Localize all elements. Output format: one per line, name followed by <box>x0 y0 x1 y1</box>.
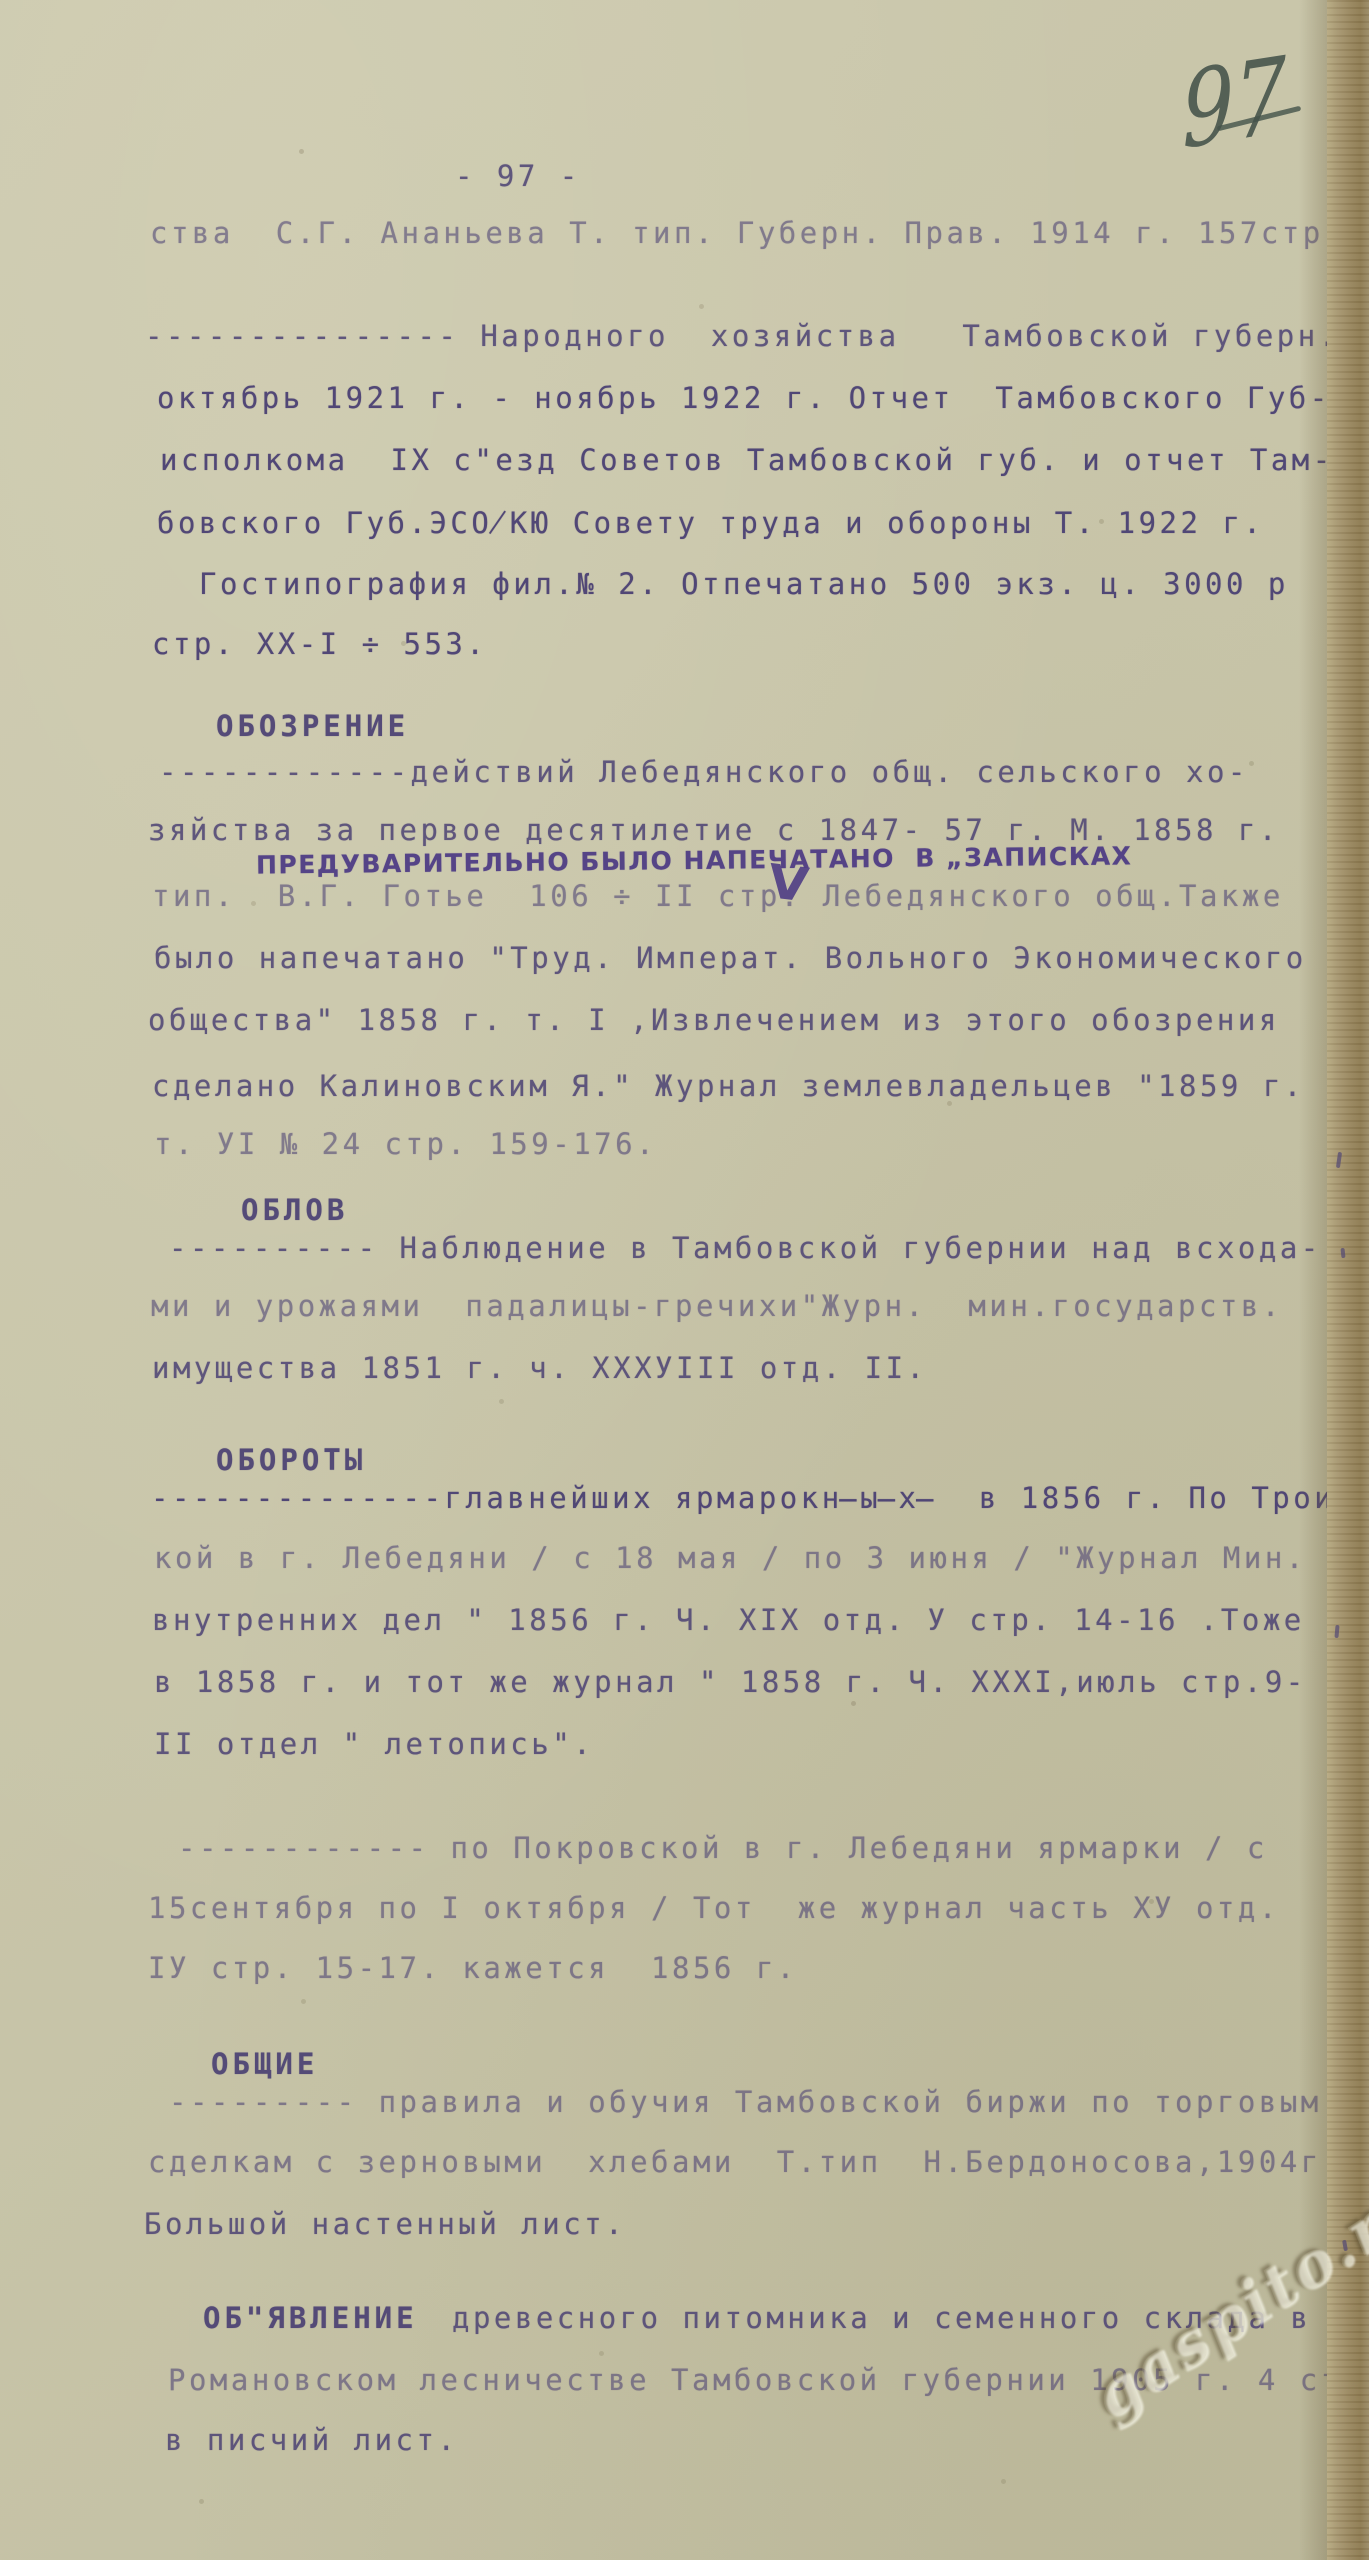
typed-line: ОБЩИЕ <box>211 2046 318 2083</box>
typed-line: --------------главнейших ярмарокн̶ы̶х̶ в… <box>151 1480 1369 1517</box>
typed-line: --------- правила и обучия Тамбовской би… <box>169 2084 1322 2121</box>
typed-line: --------------- Народного хозяйства Тамб… <box>145 318 1340 355</box>
typed-line: ства С.Г. Ананьева Т. тип. Губерн. Прав.… <box>150 215 1345 252</box>
typed-line: кой в г. Лебедяни / с 18 мая / по 3 июня… <box>154 1540 1307 1577</box>
typed-line: исполкома IX с"езд Советов Тамбовской гу… <box>160 442 1334 479</box>
typed-line: зяйства за первое десятилетие с 1847- 57… <box>148 812 1280 849</box>
typed-line: общества" 1858 г. т. I ,Извлечением из э… <box>148 1002 1280 1039</box>
typed-line: имущества 1851 г. ч. ХХХУІІІ отд. ІІ. <box>152 1350 928 1387</box>
scanned-document-page: - 97 -ства С.Г. Ананьева Т. тип. Губерн.… <box>0 0 1369 2560</box>
typed-line: II отдел " летопись". <box>154 1726 594 1763</box>
typed-line: сделано Калиновским Я." Журнал землевлад… <box>152 1068 1305 1105</box>
typed-line: ------------действий Лебедянского общ. с… <box>159 754 1249 791</box>
typed-line: Большой настенный лист. <box>144 2206 626 2243</box>
typed-line: внутренних дел " 1856 г. Ч. XIX отд. У с… <box>152 1602 1305 1639</box>
typed-line: ОБОЗРЕНИЕ <box>216 708 409 745</box>
typed-line: в писчий лист. <box>165 2422 458 2459</box>
typed-line: 15сентября по I октября / Тот же журнал … <box>148 1890 1280 1927</box>
typed-line: ---------- Наблюдение в Тамбовской губер… <box>169 1230 1322 1267</box>
typed-line: т. УІ № 24 стр. 159-176. <box>154 1126 657 1163</box>
book-edge-strip <box>1327 0 1369 2560</box>
typed-line: октябрь 1921 г. - ноябрь 1922 г. Отчет Т… <box>157 380 1331 417</box>
typed-line: Гостипография фил.№ 2. Отпечатано 500 эк… <box>199 566 1289 603</box>
typed-line: ми и урожаями падалицы-гречихи"Журн. мин… <box>151 1288 1283 1325</box>
typed-text-layer: - 97 -ства С.Г. Ананьева Т. тип. Губерн.… <box>0 0 1369 2560</box>
typed-line: в 1858 г. и тот же журнал " 1858 г. Ч. Х… <box>154 1664 1307 1701</box>
typed-line: сделкам с зерновыми хлебами Т.тип Н.Берд… <box>148 2144 1322 2181</box>
typed-line: стр. ХХ-I ÷ 553. <box>152 626 487 663</box>
typed-line: было напечатано "Труд. Императ. Вольного… <box>154 940 1307 977</box>
typed-line: ОБОРОТЫ <box>216 1442 366 1479</box>
typed-line: бовского Губ.ЭСО̸КЮ Совету труда и оборо… <box>157 505 1264 542</box>
typed-line: ОБЛОВ <box>241 1192 348 1229</box>
typed-line: ОБ"ЯВЛЕНИЕ <box>203 2300 418 2337</box>
typed-line: ------------ по Покровской в г. Лебедяни… <box>178 1830 1268 1867</box>
typed-line: тип. В.Г. Готье 106 ÷ II стр. Лебедянско… <box>152 878 1284 915</box>
typed-line: - 97 - <box>455 158 581 195</box>
typed-line: IУ стр. 15-17. кажется 1856 г. <box>148 1950 798 1987</box>
page-fold-shadow <box>1299 0 1327 2560</box>
